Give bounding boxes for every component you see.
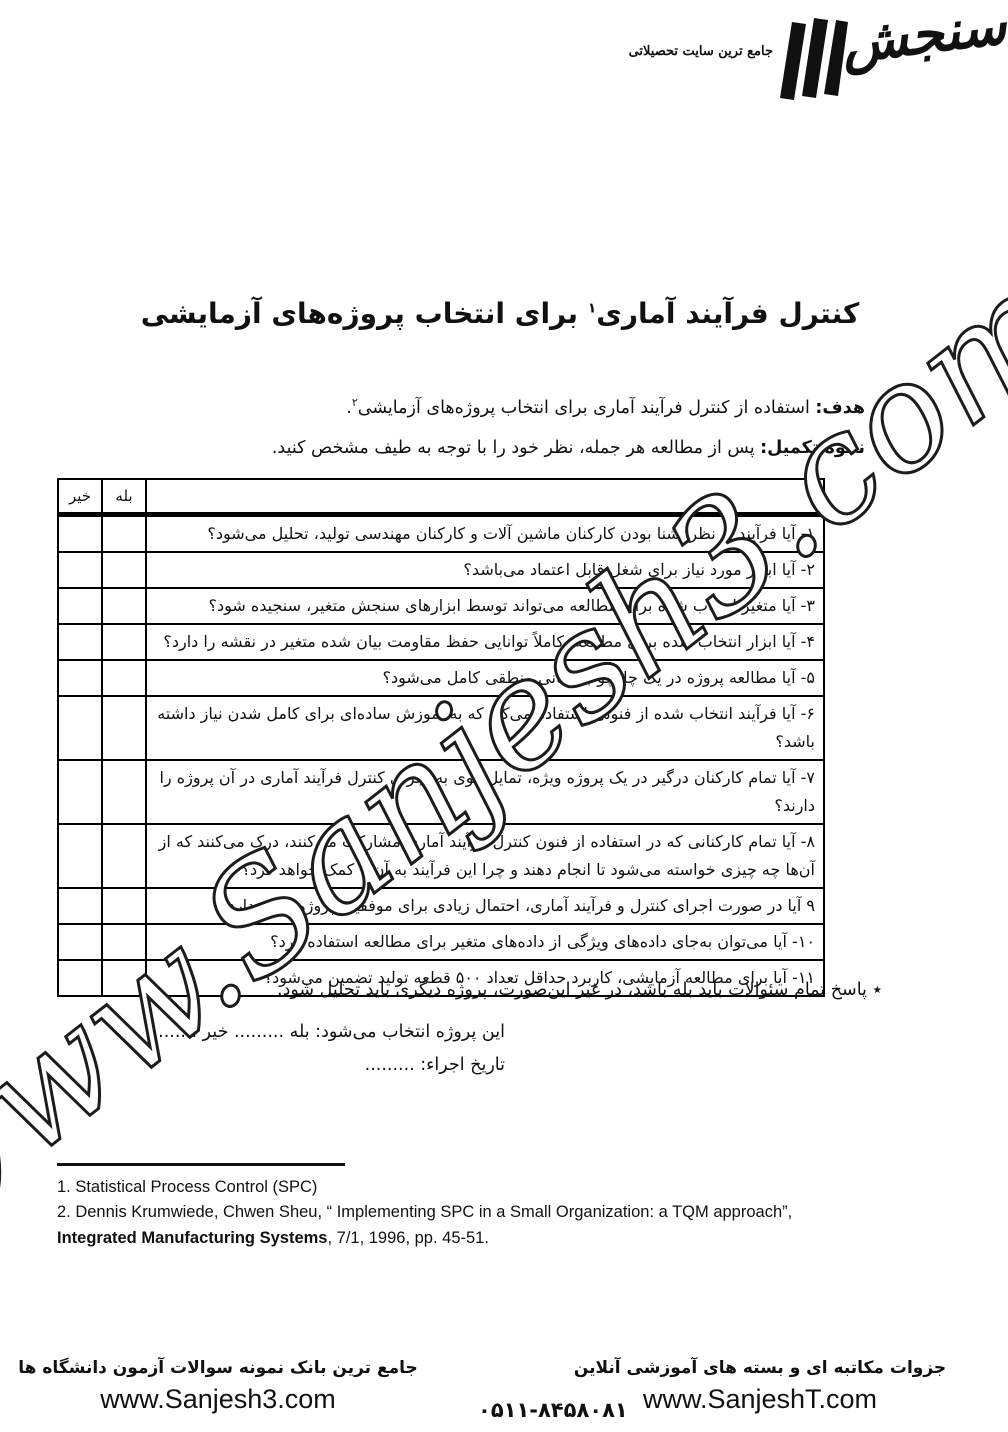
question-column-header: [146, 479, 824, 515]
scanned-document-page: سنجش جامع ترین سایت تحصیلاتی کنترل فرآین…: [0, 0, 1008, 1432]
answer-cell-no: [58, 624, 102, 660]
goal-label: هدف:: [815, 397, 865, 417]
note-instruction: ٭ پاسخ تمام سئوالات باید بله باشد، در غی…: [277, 980, 882, 1000]
answer-cell-yes: [102, 924, 146, 960]
question-row: ۱۰- آیا می‌توان به‌جای داده‌های ویژگی از…: [58, 924, 824, 960]
footnote-2-journal: Integrated Manufacturing Systems: [57, 1229, 327, 1247]
footer-left-block: جامع ترین بانک نمونه سوالات آزمون دانشگا…: [14, 1358, 422, 1415]
question-row: ۳- آیا متغیر انتخاب شده برای مطالعه می‌ت…: [58, 588, 824, 624]
footer-left-url: www.Sanjesh3.com: [14, 1384, 422, 1415]
answer-cell-yes: [102, 824, 146, 888]
note-date-line: تاریخ اجراء: .........: [365, 1055, 505, 1075]
question-row: ۴- آیا ابزار انتخاب شده برای مطالعه، کام…: [58, 624, 824, 660]
page-title: کنترل فرآیند آماری۱ برای انتخاب پروژه‌ها…: [110, 297, 890, 330]
question-row: ۷- آیا تمام کارکنان درگیر در یک پروژه وی…: [58, 760, 824, 824]
answer-cell-no: [58, 824, 102, 888]
footnote-2-line1: 2. Dennis Krumwiede, Chwen Sheu, “ Imple…: [57, 1203, 792, 1222]
note-selection-line: این پروژه انتخاب می‌شود: بله ......... خ…: [147, 1022, 505, 1042]
answer-cell-yes: [102, 515, 146, 553]
question-text: ۱۰- آیا می‌توان به‌جای داده‌های ویژگی از…: [146, 924, 824, 960]
question-text: ۸- آیا تمام کارکنانی که در استفاده از فن…: [146, 824, 824, 888]
answer-cell-no: [58, 515, 102, 553]
question-row: ۲- آیا ابزار مورد نیاز برای شغل قابل اعت…: [58, 552, 824, 588]
brand-number-3-icon: [776, 12, 848, 108]
answer-cell-yes: [102, 888, 146, 924]
answer-cell-no: [58, 660, 102, 696]
answer-cell-no: [58, 888, 102, 924]
page-title-footnote-ref: ۱: [588, 301, 597, 317]
brand-script-sanjesh: سنجش: [837, 0, 1008, 76]
answer-cell-yes: [102, 624, 146, 660]
answer-cell-yes: [102, 588, 146, 624]
footnote-1: 1. Statistical Process Control (SPC): [57, 1178, 317, 1197]
footer-left-tagline: جامع ترین بانک نمونه سوالات آزمون دانشگا…: [14, 1358, 422, 1378]
goal-line: هدف: استفاده از کنترل فرآیند آماری برای …: [346, 396, 865, 418]
answer-cell-no: [58, 960, 102, 996]
footer-right-tagline: جزوات مکاتبه ای و بسته های آموزشی آنلاین: [560, 1358, 960, 1378]
footnote-2-issue: , 7/1, 1996, pp. 45-51.: [327, 1229, 488, 1247]
answer-cell-no: [58, 552, 102, 588]
question-row: ۹ آیا در صورت اجرای کنترل و فرآیند آماری…: [58, 888, 824, 924]
questions-table: بله خیر ۱- آیا فرآیند از نظر آشنا بودن ک…: [57, 478, 825, 997]
footer-phone-number: ۰۵۱۱-۸۴۵۸۰۸۱: [478, 1398, 628, 1422]
question-row: ۶- آیا فرآیند انتخاب شده از فنونی استفاد…: [58, 696, 824, 760]
goal-text: استفاده از کنترل فرآیند آماری برای انتخا…: [358, 397, 816, 417]
answer-cell-yes: [102, 552, 146, 588]
question-text: ۴- آیا ابزار انتخاب شده برای مطالعه، کام…: [146, 624, 824, 660]
yes-column-header: بله: [102, 479, 146, 515]
page-title-part1: کنترل فرآیند آماری: [596, 297, 859, 330]
answer-cell-yes: [102, 960, 146, 996]
table-header-row: بله خیر: [58, 479, 824, 515]
answer-cell-no: [58, 760, 102, 824]
answer-cell-no: [58, 924, 102, 960]
question-row: ۵- آیا مطالعه پروژه در یک چارچوب زمانی م…: [58, 660, 824, 696]
answer-cell-no: [58, 588, 102, 624]
question-text: ۲- آیا ابزار مورد نیاز برای شغل قابل اعت…: [146, 552, 824, 588]
question-text: ۳- آیا متغیر انتخاب شده برای مطالعه می‌ت…: [146, 588, 824, 624]
question-text: ۹ آیا در صورت اجرای کنترل و فرآیند آماری…: [146, 888, 824, 924]
question-text: ۷- آیا تمام کارکنان درگیر در یک پروژه وی…: [146, 760, 824, 824]
question-text: ۵- آیا مطالعه پروژه در یک چارچوب زمانی م…: [146, 660, 824, 696]
brand-logo: سنجش جامع ترین سایت تحصیلاتی: [588, 0, 1008, 120]
answer-cell-yes: [102, 696, 146, 760]
answer-cell-yes: [102, 760, 146, 824]
question-row: ۱- آیا فرآیند از نظر آشنا بودن کارکنان م…: [58, 515, 824, 553]
howto-text: پس از مطالعه هر جمله، نظر خود را با توجه…: [272, 438, 760, 458]
question-row: ۸- آیا تمام کارکنانی که در استفاده از فن…: [58, 824, 824, 888]
question-text: ۶- آیا فرآیند انتخاب شده از فنونی استفاد…: [146, 696, 824, 760]
no-column-header: خیر: [58, 479, 102, 515]
answer-cell-yes: [102, 660, 146, 696]
answer-cell-no: [58, 696, 102, 760]
question-text: ۱- آیا فرآیند از نظر آشنا بودن کارکنان م…: [146, 515, 824, 553]
page-title-part2: برای انتخاب پروژه‌های آزمایشی: [141, 297, 588, 330]
footnote-divider: [57, 1163, 345, 1166]
howto-line: نحوه تکمیل: پس از مطالعه هر جمله، نظر خو…: [272, 438, 865, 458]
footnote-2-line2: Integrated Manufacturing Systems, 7/1, 1…: [57, 1229, 489, 1248]
brand-tagline: جامع ترین سایت تحصیلاتی: [629, 44, 773, 59]
howto-label: نحوه تکمیل:: [760, 438, 865, 458]
